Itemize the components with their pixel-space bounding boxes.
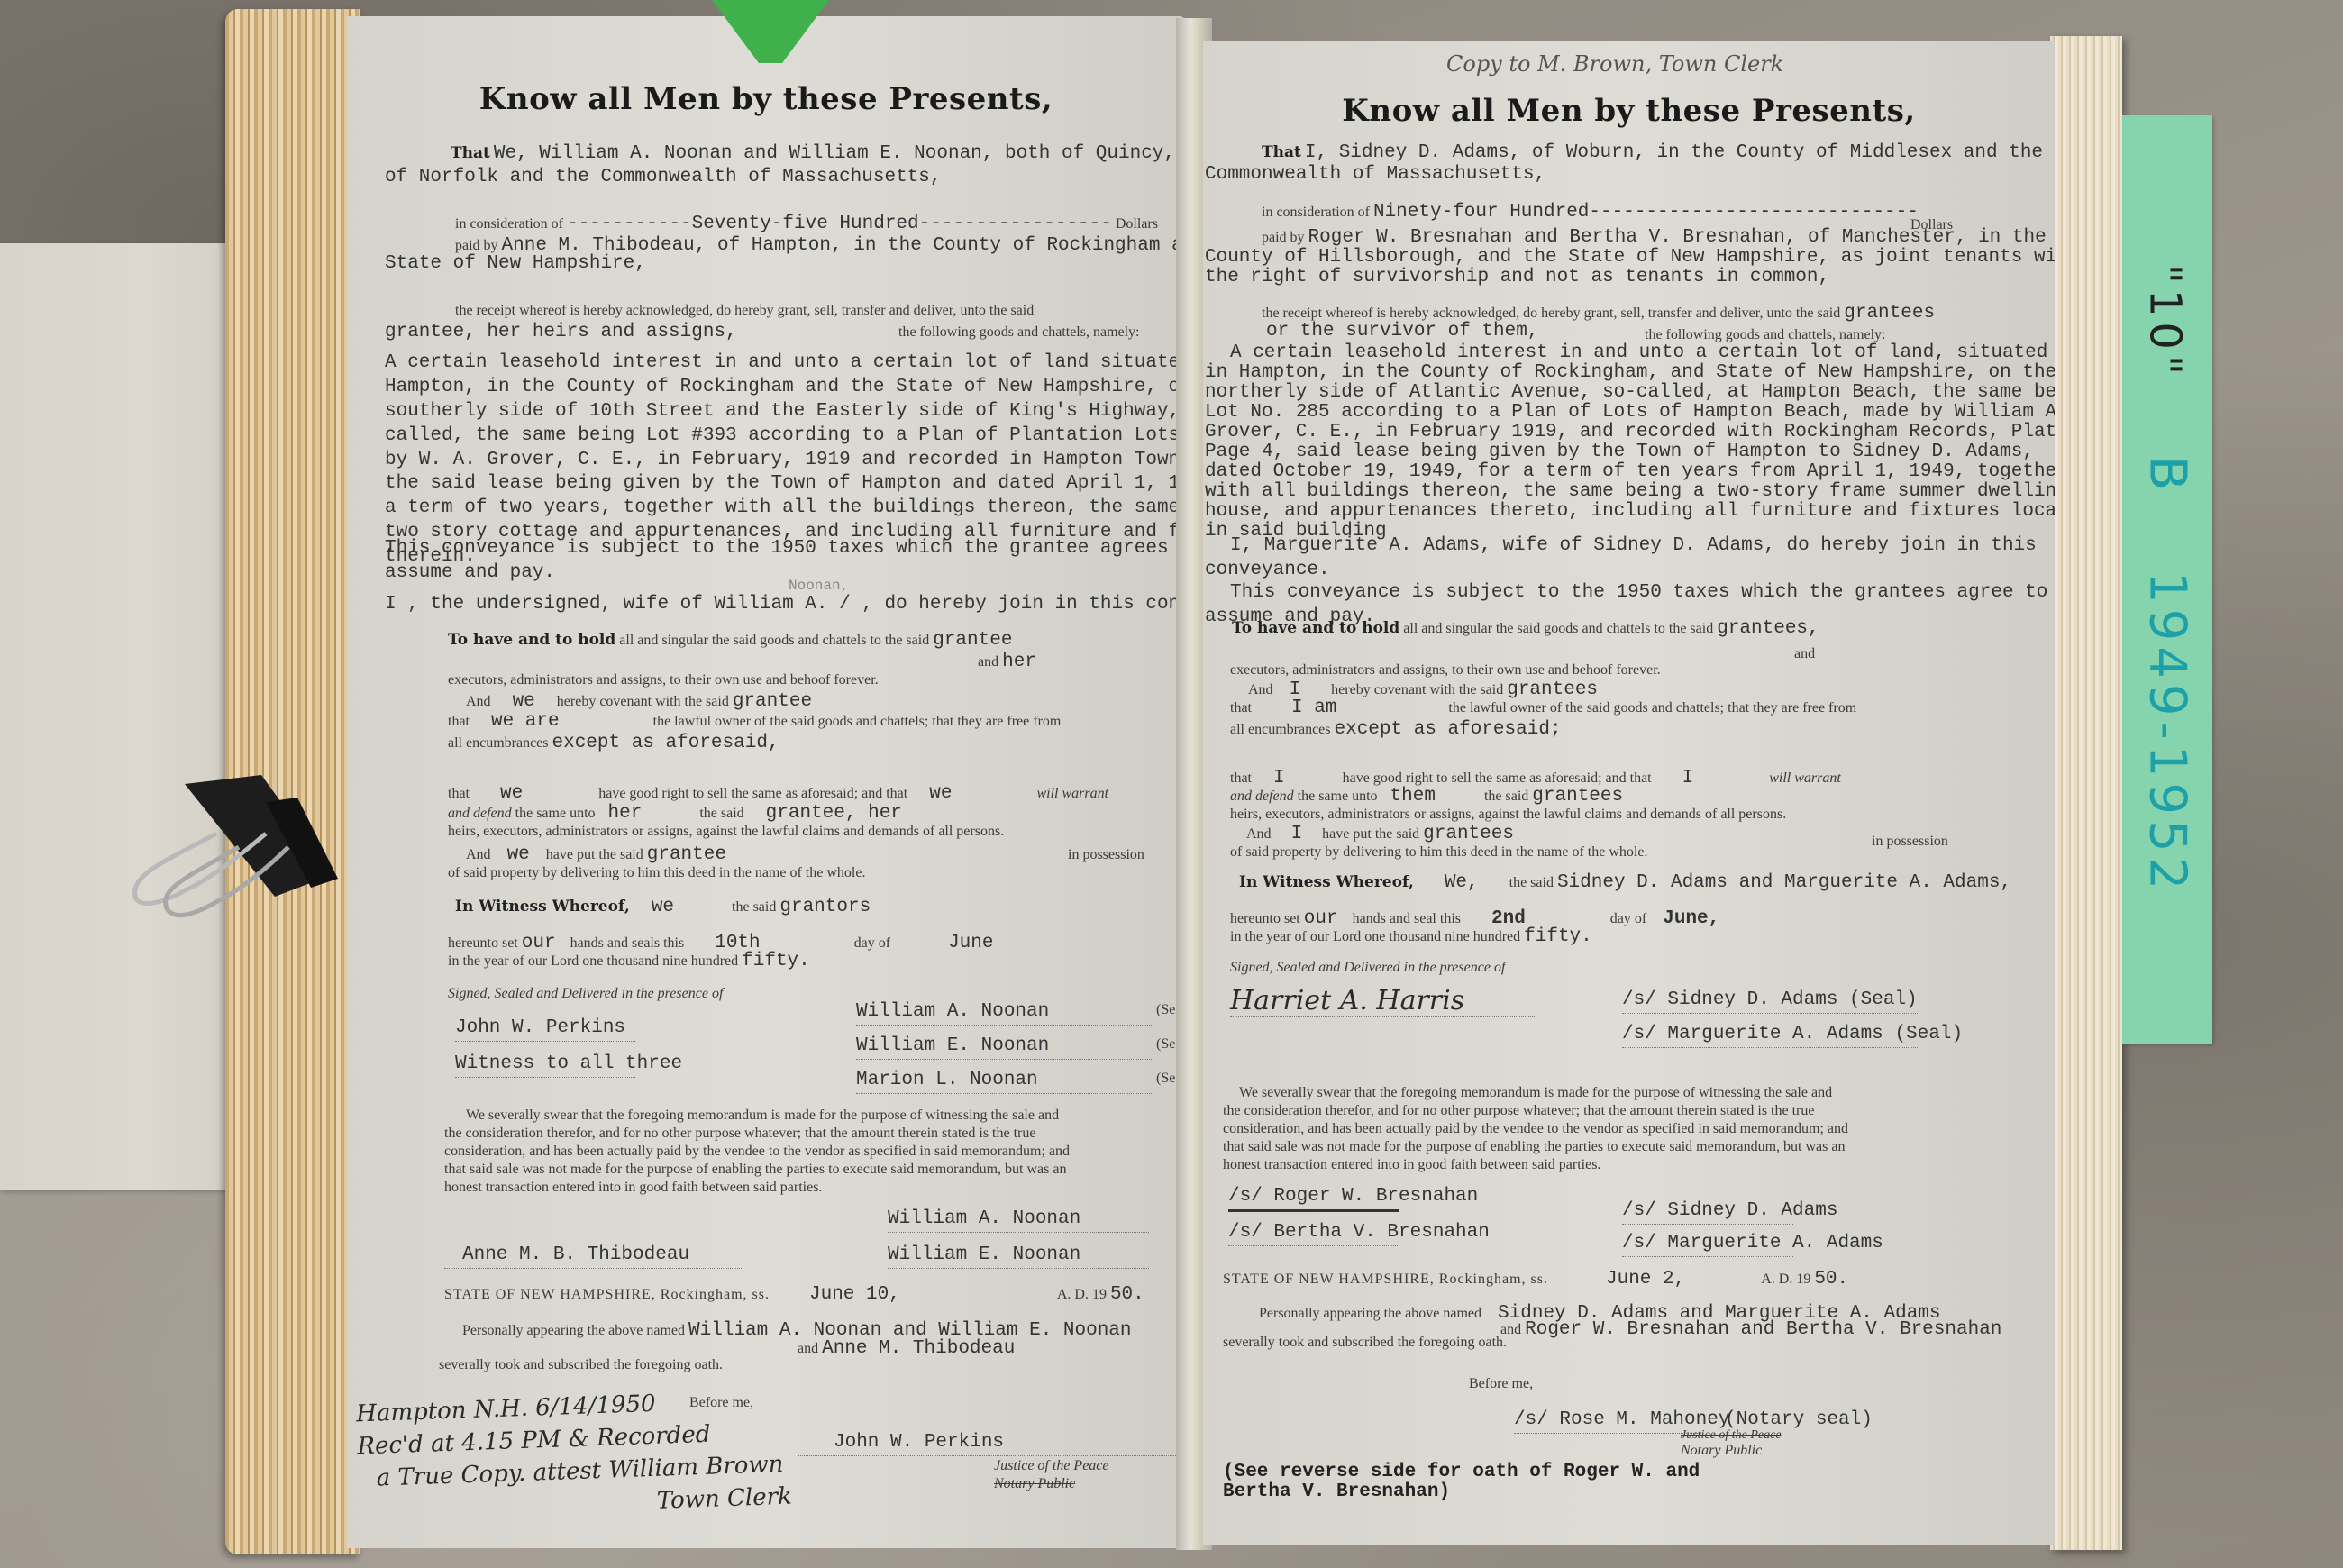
description-line: Hampton, in the County of Rockingham and… bbox=[385, 376, 1185, 400]
right-signature-1: /s/ Sidney D. Adams (Seal) bbox=[1622, 989, 1919, 1014]
book-page-edges-right bbox=[2050, 36, 2122, 1550]
left-encumbrances-value: except as aforesaid, bbox=[552, 733, 779, 753]
right-year-text: in the year of our Lord one thousand nin… bbox=[1230, 929, 1520, 944]
right-heirs-text: heirs, executors, administrators or assi… bbox=[1230, 807, 1786, 823]
left-possession-and: And bbox=[466, 847, 491, 862]
right-subscribed-text: severally took and subscribed the forego… bbox=[1223, 1335, 1507, 1351]
right-state-label: STATE OF NEW HAMPSHIRE, Rockingham, ss. bbox=[1223, 1272, 1548, 1287]
right-hands-text: hands and seal this bbox=[1353, 911, 1461, 926]
right-state-date: June 2, bbox=[1606, 1269, 1685, 1290]
right-encumbrances-value: except as aforesaid; bbox=[1335, 719, 1562, 740]
left-owner-text: the lawful owner of the said goods and c… bbox=[653, 714, 1062, 729]
left-possession-value: grantee bbox=[647, 844, 726, 865]
right-that-label2: that bbox=[1230, 700, 1252, 716]
tab-label-years: 1949-1952 bbox=[2138, 571, 2197, 895]
left-officer-title-struck: Notary Public bbox=[994, 1476, 1075, 1492]
left-witness-said: the said bbox=[732, 899, 776, 915]
right-covenant-and: And bbox=[1248, 682, 1273, 697]
right-appearing-label: Personally appearing the above named bbox=[1259, 1306, 1481, 1321]
description-line: A certain leasehold interest in and unto… bbox=[385, 351, 1185, 376]
right-executors-text: executors, administrators and assigns, t… bbox=[1230, 662, 1661, 679]
wife-join-line: I, Marguerite A. Adams, wife of Sidney D… bbox=[1205, 534, 2037, 559]
right-right-text: have good right to sell the same as afor… bbox=[1343, 770, 1652, 786]
left-signature-3: Marion L. Noonan bbox=[856, 1069, 1153, 1094]
description-line: the said lease being given by the Town o… bbox=[385, 472, 1185, 497]
left-right-who2: we bbox=[929, 783, 952, 804]
right-owner-text: the lawful owner of the said goods and c… bbox=[1448, 700, 1856, 716]
description-line: in Hampton, in the County of Rockingham,… bbox=[1205, 363, 2055, 383]
right-possession-value: grantees bbox=[1423, 824, 1514, 844]
right-consideration-label: in consideration of bbox=[1262, 205, 1370, 220]
oath-line: consideration, and has been actually pai… bbox=[1223, 1120, 1848, 1138]
description-line: Grover, C. E., in February 1919, and rec… bbox=[1205, 423, 2055, 442]
left-defend-label: and defend bbox=[448, 806, 512, 821]
right-handwritten-top-note: Copy to M. Brown, Town Clerk bbox=[1446, 51, 1783, 77]
description-line: called, the same being Lot #393 accordin… bbox=[385, 424, 1185, 449]
left-habendum-label: To have and to hold bbox=[448, 631, 615, 649]
right-receipt-value2: or the survivor of them, bbox=[1266, 320, 1538, 344]
binder-clip-icon bbox=[131, 775, 338, 946]
right-that-label: That bbox=[1262, 143, 1301, 161]
right-witness-said: the said bbox=[1509, 875, 1554, 890]
tab-label-mark: "10" bbox=[2140, 264, 2191, 380]
right-oath-signature-right-2: /s/ Marguerite A. Adams bbox=[1622, 1232, 1793, 1257]
oath-line: that said sale was not made for the purp… bbox=[444, 1161, 1070, 1179]
right-before-me: Before me, bbox=[1469, 1376, 1533, 1392]
left-signature-2: William E. Noonan bbox=[856, 1035, 1153, 1060]
left-handwritten-recording-note: Hampton N.H. 6/14/1950 Rec'd at 4.15 PM … bbox=[356, 1383, 793, 1528]
left-defend-value: grantee, her bbox=[766, 803, 902, 824]
left-oath-signature-1: William A. Noonan bbox=[888, 1208, 1149, 1233]
right-possession-and: And bbox=[1246, 826, 1272, 842]
right-officer-title-struck: Justice of the Peace bbox=[1681, 1428, 1782, 1443]
right-paid-by-label: paid by bbox=[1262, 230, 1305, 245]
oath-line: consideration, and has been actually pai… bbox=[444, 1143, 1070, 1161]
left-signature-1: William A. Noonan bbox=[856, 1000, 1153, 1026]
taxes-line: assume and pay. bbox=[385, 561, 1185, 586]
right-defend-who: them bbox=[1390, 786, 1436, 807]
description-line: northerly side of Atlantic Avenue, so-ca… bbox=[1205, 383, 2055, 403]
right-appearing-value2: Roger W. Bresnahan and Bertha V. Bresnah… bbox=[1525, 1319, 2001, 1340]
right-year-value: fifty. bbox=[1524, 926, 1592, 947]
loose-paper-sheet bbox=[0, 243, 248, 1190]
right-oath-text: We severally swear that the foregoing me… bbox=[1223, 1084, 1848, 1174]
left-covenant-value: grantee bbox=[733, 691, 812, 712]
oath-line: that said sale was not made for the purp… bbox=[1223, 1138, 1848, 1156]
right-witness-who: We, bbox=[1445, 872, 1479, 893]
right-possession-text: have put the said bbox=[1322, 826, 1419, 842]
left-dollars-label: Dollars bbox=[1116, 216, 1158, 232]
right-description: A certain leasehold interest in and unto… bbox=[1205, 343, 2055, 542]
left-heading: Know all Men by these Presents, bbox=[347, 81, 1185, 117]
right-the-said: the said bbox=[1484, 789, 1528, 804]
right-officer-seal: (Notary seal) bbox=[1725, 1409, 1873, 1430]
right-will-warrant: will warrant bbox=[1769, 770, 1841, 786]
right-parties-line2: Commonwealth of Massachusetts, bbox=[1205, 163, 1545, 187]
left-witness-1: John W. Perkins bbox=[455, 1016, 635, 1042]
right-right-who2: I bbox=[1682, 768, 1694, 789]
description-line: by W. A. Grover, C. E., in February, 191… bbox=[385, 449, 1185, 473]
right-delivering-text: of said property by delivering to him th… bbox=[1230, 844, 1647, 861]
right-receipt-text: the receipt whereof is hereby acknowledg… bbox=[1262, 305, 1840, 321]
right-paid-by-line1: Roger W. Bresnahan and Bertha V. Bresnah… bbox=[1308, 227, 2047, 248]
left-officer-title: Justice of the Peace bbox=[994, 1458, 1109, 1474]
left-witness-2: Witness to all three bbox=[455, 1053, 635, 1078]
description-line: house, and appurtenances thereto, includ… bbox=[1205, 502, 2055, 522]
left-that-label: That bbox=[451, 144, 490, 162]
left-and-label: and bbox=[978, 654, 998, 670]
right-and-label: and bbox=[1794, 646, 1815, 662]
left-heirs-text: heirs, executors, administrators or assi… bbox=[448, 824, 1004, 840]
oath-line: We severally swear that the foregoing me… bbox=[444, 1107, 1070, 1125]
left-delivering-text: of said property by delivering to him th… bbox=[448, 865, 865, 881]
left-appearing-value2: Anne M. Thibodeau bbox=[822, 1338, 1015, 1359]
left-habendum-value: grantee bbox=[933, 630, 1012, 651]
left-state-date: June 10, bbox=[809, 1284, 900, 1305]
left-oath-signature-grantee: Anne M. B. Thibodeau bbox=[444, 1244, 742, 1269]
left-appearing-label: Personally appearing the above named bbox=[462, 1323, 685, 1338]
tab-label-text: "10" B 1949-1952 bbox=[2138, 264, 2197, 896]
right-habendum-value: grantees, bbox=[1717, 618, 1819, 639]
right-heading: Know all Men by these Presents, bbox=[1203, 93, 2055, 129]
right-oath-signature-left-1: /s/ Roger W. Bresnahan bbox=[1228, 1185, 1399, 1212]
right-habendum-label: To have and to hold bbox=[1232, 619, 1399, 637]
right-wife-join: I, Marguerite A. Adams, wife of Sidney D… bbox=[1205, 534, 2037, 583]
left-parties-line2: of Norfolk and the Commonwealth of Massa… bbox=[385, 166, 942, 190]
left-state-label: STATE OF NEW HAMPSHIRE, Rockingham, ss. bbox=[444, 1287, 770, 1302]
description-line: Page 4, said lease being given by the To… bbox=[1205, 442, 2055, 462]
left-consideration-label: in consideration of bbox=[455, 216, 563, 232]
left-appearing-and: and bbox=[798, 1341, 818, 1356]
right-hereunto-label: hereunto set bbox=[1230, 911, 1300, 926]
left-taxes: This conveyance is subject to the 1950 t… bbox=[385, 537, 1185, 586]
left-hands-text: hands and seals this bbox=[570, 935, 685, 951]
left-witness-who: we bbox=[652, 897, 674, 917]
right-defend-label: and defend bbox=[1230, 789, 1294, 804]
left-defend-who: her bbox=[608, 803, 643, 824]
oath-line: the consideration therefor, and for no o… bbox=[1223, 1102, 1848, 1120]
right-reverse-note: (See reverse side for oath of Roger W. a… bbox=[1223, 1463, 1700, 1502]
left-habendum-text: all and singular the said goods and chat… bbox=[619, 633, 929, 648]
left-oath-text: We severally swear that the foregoing me… bbox=[444, 1107, 1070, 1197]
left-signed-label: Signed, Sealed and Delivered in the pres… bbox=[448, 986, 723, 1002]
left-and-value: her bbox=[1002, 652, 1036, 672]
left-defend-text: the same unto bbox=[515, 806, 596, 821]
right-encumbrances-label: all encumbrances bbox=[1230, 722, 1331, 737]
right-consideration-value: Ninety-four Hundred---------------------… bbox=[1373, 202, 1919, 223]
right-in-possession: in possession bbox=[1872, 834, 1948, 850]
description-line: A certain leasehold interest in and unto… bbox=[1205, 343, 2055, 363]
left-executors-text: executors, administrators and assigns, t… bbox=[448, 672, 879, 688]
left-ad-label: A. D. 19 bbox=[1057, 1287, 1107, 1302]
right-paid-by-line3: the right of survivorship and not as ten… bbox=[1205, 266, 1829, 290]
left-consideration-value: -----------Seventy-five Hundred---------… bbox=[567, 214, 1112, 234]
oath-line: the consideration therefor, and for no o… bbox=[444, 1125, 1070, 1143]
right-ad-label: A. D. 19 bbox=[1761, 1272, 1810, 1287]
left-hereunto-label: hereunto set bbox=[448, 935, 518, 951]
left-witness-label: In Witness Whereof, bbox=[455, 898, 630, 916]
left-receipt-text: the receipt whereof is hereby acknowledg… bbox=[455, 303, 1034, 319]
taxes-line: This conveyance is subject to the 1950 t… bbox=[385, 537, 1185, 561]
left-day-of: day of bbox=[854, 935, 890, 951]
left-subscribed-text: severally took and subscribed the forego… bbox=[439, 1357, 723, 1373]
description-line: southerly side of 10th Street and the Ea… bbox=[385, 400, 1185, 424]
left-following-goods: the following goods and chattels, namely… bbox=[898, 324, 1140, 341]
tab-label: "10" B 1949-1952 bbox=[2122, 115, 2212, 1044]
right-day-of: day of bbox=[1610, 911, 1646, 926]
right-that-value: I am bbox=[1291, 697, 1336, 718]
description-line: with all buildings thereon, the same bei… bbox=[1205, 482, 2055, 502]
left-possession-who: we bbox=[507, 844, 530, 865]
reverse-note-line: (See reverse side for oath of Roger W. a… bbox=[1223, 1463, 1700, 1482]
left-year-value: fifty. bbox=[742, 951, 810, 971]
left-covenant-and: And bbox=[466, 694, 491, 709]
right-signed-label: Signed, Sealed and Delivered in the pres… bbox=[1230, 960, 1505, 976]
left-witness-value: grantors bbox=[779, 897, 871, 917]
left-possession-text: have put the said bbox=[546, 847, 643, 862]
left-parties-line1: We, William A. Noonan and William E. Noo… bbox=[494, 143, 1185, 164]
right-possession-who: I bbox=[1291, 824, 1303, 844]
oath-line: honest transaction entered into in good … bbox=[1223, 1156, 1848, 1174]
left-covenant-text: hereby covenant with the said bbox=[557, 694, 729, 709]
left-officer-name: John W. Perkins bbox=[798, 1431, 1176, 1456]
right-officer-title: Notary Public bbox=[1681, 1443, 1762, 1459]
left-oath-signature-2: William E. Noonan bbox=[888, 1244, 1149, 1269]
right-parties-line1: I, Sidney D. Adams, of Woburn, in the Co… bbox=[1305, 142, 2043, 163]
right-defend-text: the same unto bbox=[1298, 789, 1378, 804]
right-witness-signature: Harriet A. Harris bbox=[1230, 985, 1536, 1017]
taxes-line: This conveyance is subject to the 1950 t… bbox=[1205, 581, 2047, 606]
left-right-that: that bbox=[448, 786, 470, 801]
right-covenant-text: hereby covenant with the said bbox=[1331, 682, 1503, 697]
right-witness-value: Sidney D. Adams and Marguerite A. Adams, bbox=[1557, 872, 2011, 893]
left-will-warrant: will warrant bbox=[1036, 786, 1108, 801]
description-line: a term of two years, together with all t… bbox=[385, 497, 1185, 521]
left-in-possession: in possession bbox=[1068, 847, 1144, 863]
right-habendum-text: all and singular the said goods and chat… bbox=[1403, 621, 1713, 636]
left-ad-year: 50. bbox=[1110, 1284, 1144, 1305]
reverse-note-line: Bertha V. Bresnahan) bbox=[1223, 1482, 1700, 1502]
description-line: dated October 19, 1949, for a term of te… bbox=[1205, 462, 2055, 482]
left-paid-by-label: paid by bbox=[455, 238, 498, 253]
oath-line: honest transaction entered into in good … bbox=[444, 1179, 1070, 1197]
left-year-text: in the year of our Lord one thousand nin… bbox=[448, 953, 738, 969]
right-ad-year: 50. bbox=[1814, 1269, 1848, 1290]
right-officer-name: /s/ Rose M. Mahoney bbox=[1514, 1408, 1703, 1434]
wife-join-line: conveyance. bbox=[1205, 559, 2037, 583]
left-covenant-who: we bbox=[513, 691, 535, 712]
tab-label-volume: B bbox=[2138, 456, 2197, 496]
right-witness-label: In Witness Whereof, bbox=[1239, 873, 1414, 891]
left-month-value: June bbox=[948, 933, 993, 953]
left-paid-by-line2: State of New Hampshire, bbox=[385, 252, 646, 277]
left-that-label2: that bbox=[448, 714, 470, 729]
description-line: Lot No. 285 according to a Plan of Lots … bbox=[1205, 403, 2055, 423]
left-encumbrances-label: all encumbrances bbox=[448, 735, 549, 751]
right-defend-value: grantees bbox=[1532, 786, 1623, 807]
right-month-value: June, bbox=[1663, 908, 1719, 929]
left-page-deed: Know all Men by these Presents, That We,… bbox=[347, 16, 1185, 1548]
left-the-said: the said bbox=[699, 806, 743, 821]
right-oath-signature-right-1: /s/ Sidney D. Adams bbox=[1622, 1199, 1793, 1225]
left-wife-join: I , the undersigned, wife of William A. … bbox=[385, 593, 1185, 617]
oath-line: We severally swear that the foregoing me… bbox=[1223, 1084, 1848, 1102]
right-oath-signature-left-2: /s/ Bertha V. Bresnahan bbox=[1228, 1221, 1399, 1246]
right-page-deed: Copy to M. Brown, Town Clerk Know all Me… bbox=[1203, 41, 2055, 1545]
right-following-goods: the following goods and chattels, namely… bbox=[1645, 327, 1886, 343]
left-that-value: we are bbox=[491, 711, 560, 732]
right-right-that: that bbox=[1230, 770, 1252, 786]
left-right-text: have good right to sell the same as afor… bbox=[598, 786, 907, 801]
right-signature-2: /s/ Marguerite A. Adams (Seal) bbox=[1622, 1023, 1919, 1048]
left-right-who: we bbox=[500, 783, 523, 804]
right-receipt-value: grantees bbox=[1844, 303, 1935, 324]
left-receipt-value: grantee, her heirs and assigns, bbox=[385, 321, 737, 345]
